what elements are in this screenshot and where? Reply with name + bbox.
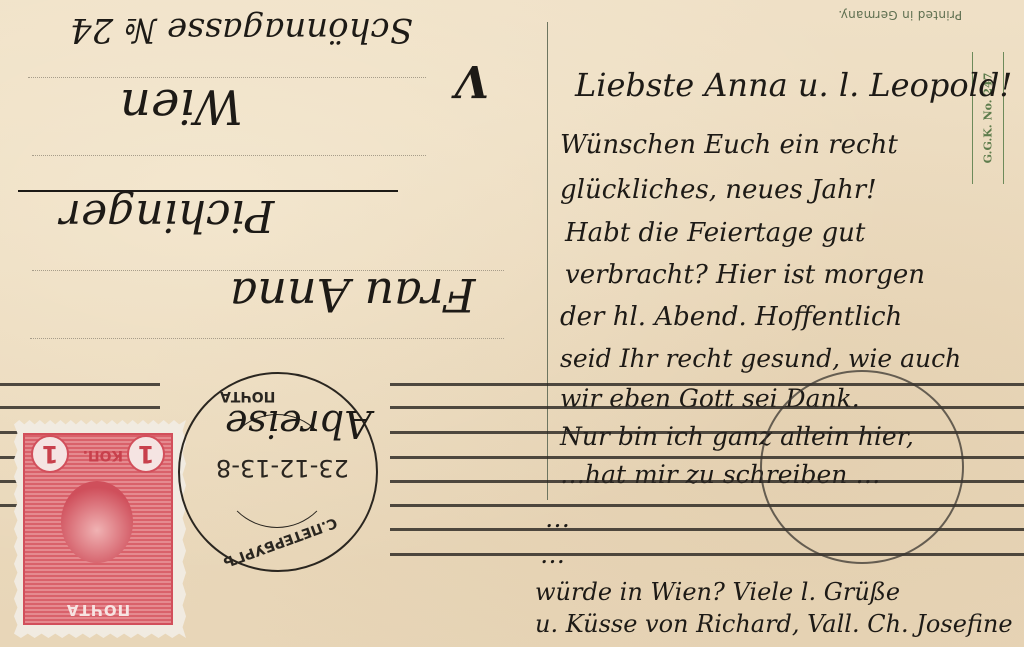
message-line: u. Küsse von Richard, Vall. Ch. Josefine (535, 610, 1013, 638)
postcard: Printed in Germany. G.G.K. No. 247 Schön… (0, 0, 1024, 647)
stamp-country: ПОЧТА (25, 601, 171, 619)
address-street: Schönnagasse № 24 (70, 10, 413, 50)
cancellation-bar (390, 383, 1024, 386)
handwritten-annotation: Abreise (225, 402, 372, 446)
postmark-second (760, 370, 964, 564)
cancellation-bar (0, 383, 160, 386)
address-dotted-line (32, 155, 426, 156)
message-line: würde in Wien? Viele l. Grüße (535, 578, 900, 606)
message-line: glückliches, neues Jahr! (560, 175, 877, 205)
message-line: seid Ihr recht gesund, wie auch (560, 344, 961, 373)
address-underline (18, 190, 398, 192)
message-line: der hl. Abend. Hoffentlich (560, 302, 902, 332)
stamp-design: ПОЧТА 1 1 КОП. (23, 433, 173, 625)
postmark-date: 23-12-13-8 (216, 454, 349, 482)
address-surname: Pichinger (60, 190, 274, 241)
message-line: Wünschen Euch ein recht (560, 130, 898, 160)
cancellation-bar (390, 553, 1024, 556)
printed-in-germany-note: Printed in Germany. (838, 8, 962, 22)
address-dotted-line (30, 338, 504, 339)
address-message-divider (547, 22, 548, 500)
stamp-unit: КОП. (83, 447, 123, 463)
stamp-value-right: 1 (31, 435, 69, 473)
message-greeting: Liebste Anna u. l. Leopold! (575, 66, 1012, 104)
address-recipient: Frau Anna (230, 268, 475, 322)
postage-stamp: ПОЧТА 1 1 КОП. (14, 420, 186, 638)
address-city: Wien (120, 78, 243, 134)
stamp-value-left: 1 (127, 435, 165, 473)
cancellation-bar (0, 406, 160, 409)
address-district: V (455, 55, 489, 106)
message-line: Habt die Feiertage gut (565, 218, 865, 248)
stamp-portrait (61, 481, 133, 563)
message-line: verbracht? Hier ist morgen (565, 260, 925, 290)
